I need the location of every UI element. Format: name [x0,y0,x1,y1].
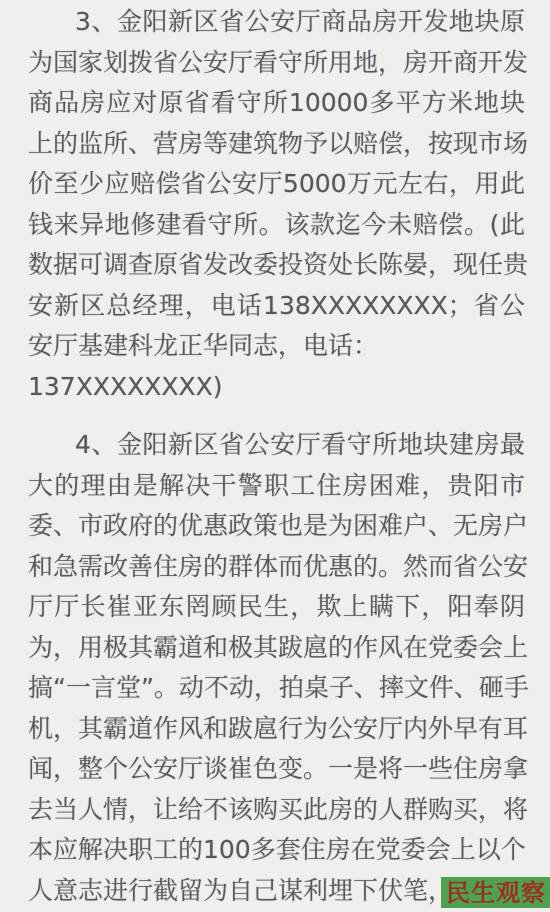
text-line: 价至少应赔偿省公安厅5000万元左右，用此 [28,164,525,205]
text-line: 为，用极其霸道和极其跋扈的作风在党委会上 [28,628,525,669]
text-line: 安厅基建科龙正华同志，电话： [28,326,525,367]
text-line: 去当人情，让给不该购买此房的人群购买，将 [28,790,525,831]
text-line: 商品房应对原省看守所10000多平方米地块 [28,83,525,124]
watermark-minsheng-observer: 民生观察 [441,877,550,908]
text-line: 137XXXXXXXX) [28,367,525,408]
document-page: 3、金阳新区省公安厅商品房开发地块原 为国家划拨省公安厅看守所用地，房开商开发 … [0,0,550,912]
text-line: 机，其霸道作风和跋扈行为公安厅内外早有耳 [28,709,525,750]
text-line: 4、金阳新区省公安厅看守所地块建房最 [28,425,525,466]
paragraph-item-4: 4、金阳新区省公安厅看守所地块建房最 大的理由是解决干警职工住房困难，贵阳市 委… [28,425,525,911]
text-line: 和急需改善住房的群体而优惠的。然而省公安 [28,547,525,588]
text-line: 委、市政府的优惠政策也是为困难户、无房户 [28,506,525,547]
text-line: 本应解决职工的100多套住房在党委会上以个 [28,830,525,871]
text-line: 3、金阳新区省公安厅商品房开发地块原 [28,2,525,43]
text-line: 数据可调查原省发改委投资处长陈晏，现任贵 [28,245,525,286]
text-line: 上的监所、营房等建筑物予以赔偿，按现市场 [28,124,525,165]
text-line: 为国家划拨省公安厅看守所用地，房开商开发 [28,43,525,84]
text-line: 钱来异地修建看守所。该款迄今未赔偿。(此 [28,205,525,246]
text-line: 安新区总经理，电话138XXXXXXXX；省公 [28,286,525,327]
text-line: 闻，整个公安厅谈崔色变。一是将一些住房拿 [28,749,525,790]
text-line: 大的理由是解决干警职工住房困难，贵阳市 [28,466,525,507]
text-line: 搞“一言堂”。动不动，拍桌子、摔文件、砸手 [28,668,525,709]
text-line: 厅厅长崔亚东罔顾民生，欺上瞒下，阳奉阴 [28,587,525,628]
paragraph-item-3: 3、金阳新区省公安厅商品房开发地块原 为国家划拨省公安厅看守所用地，房开商开发 … [28,2,525,407]
